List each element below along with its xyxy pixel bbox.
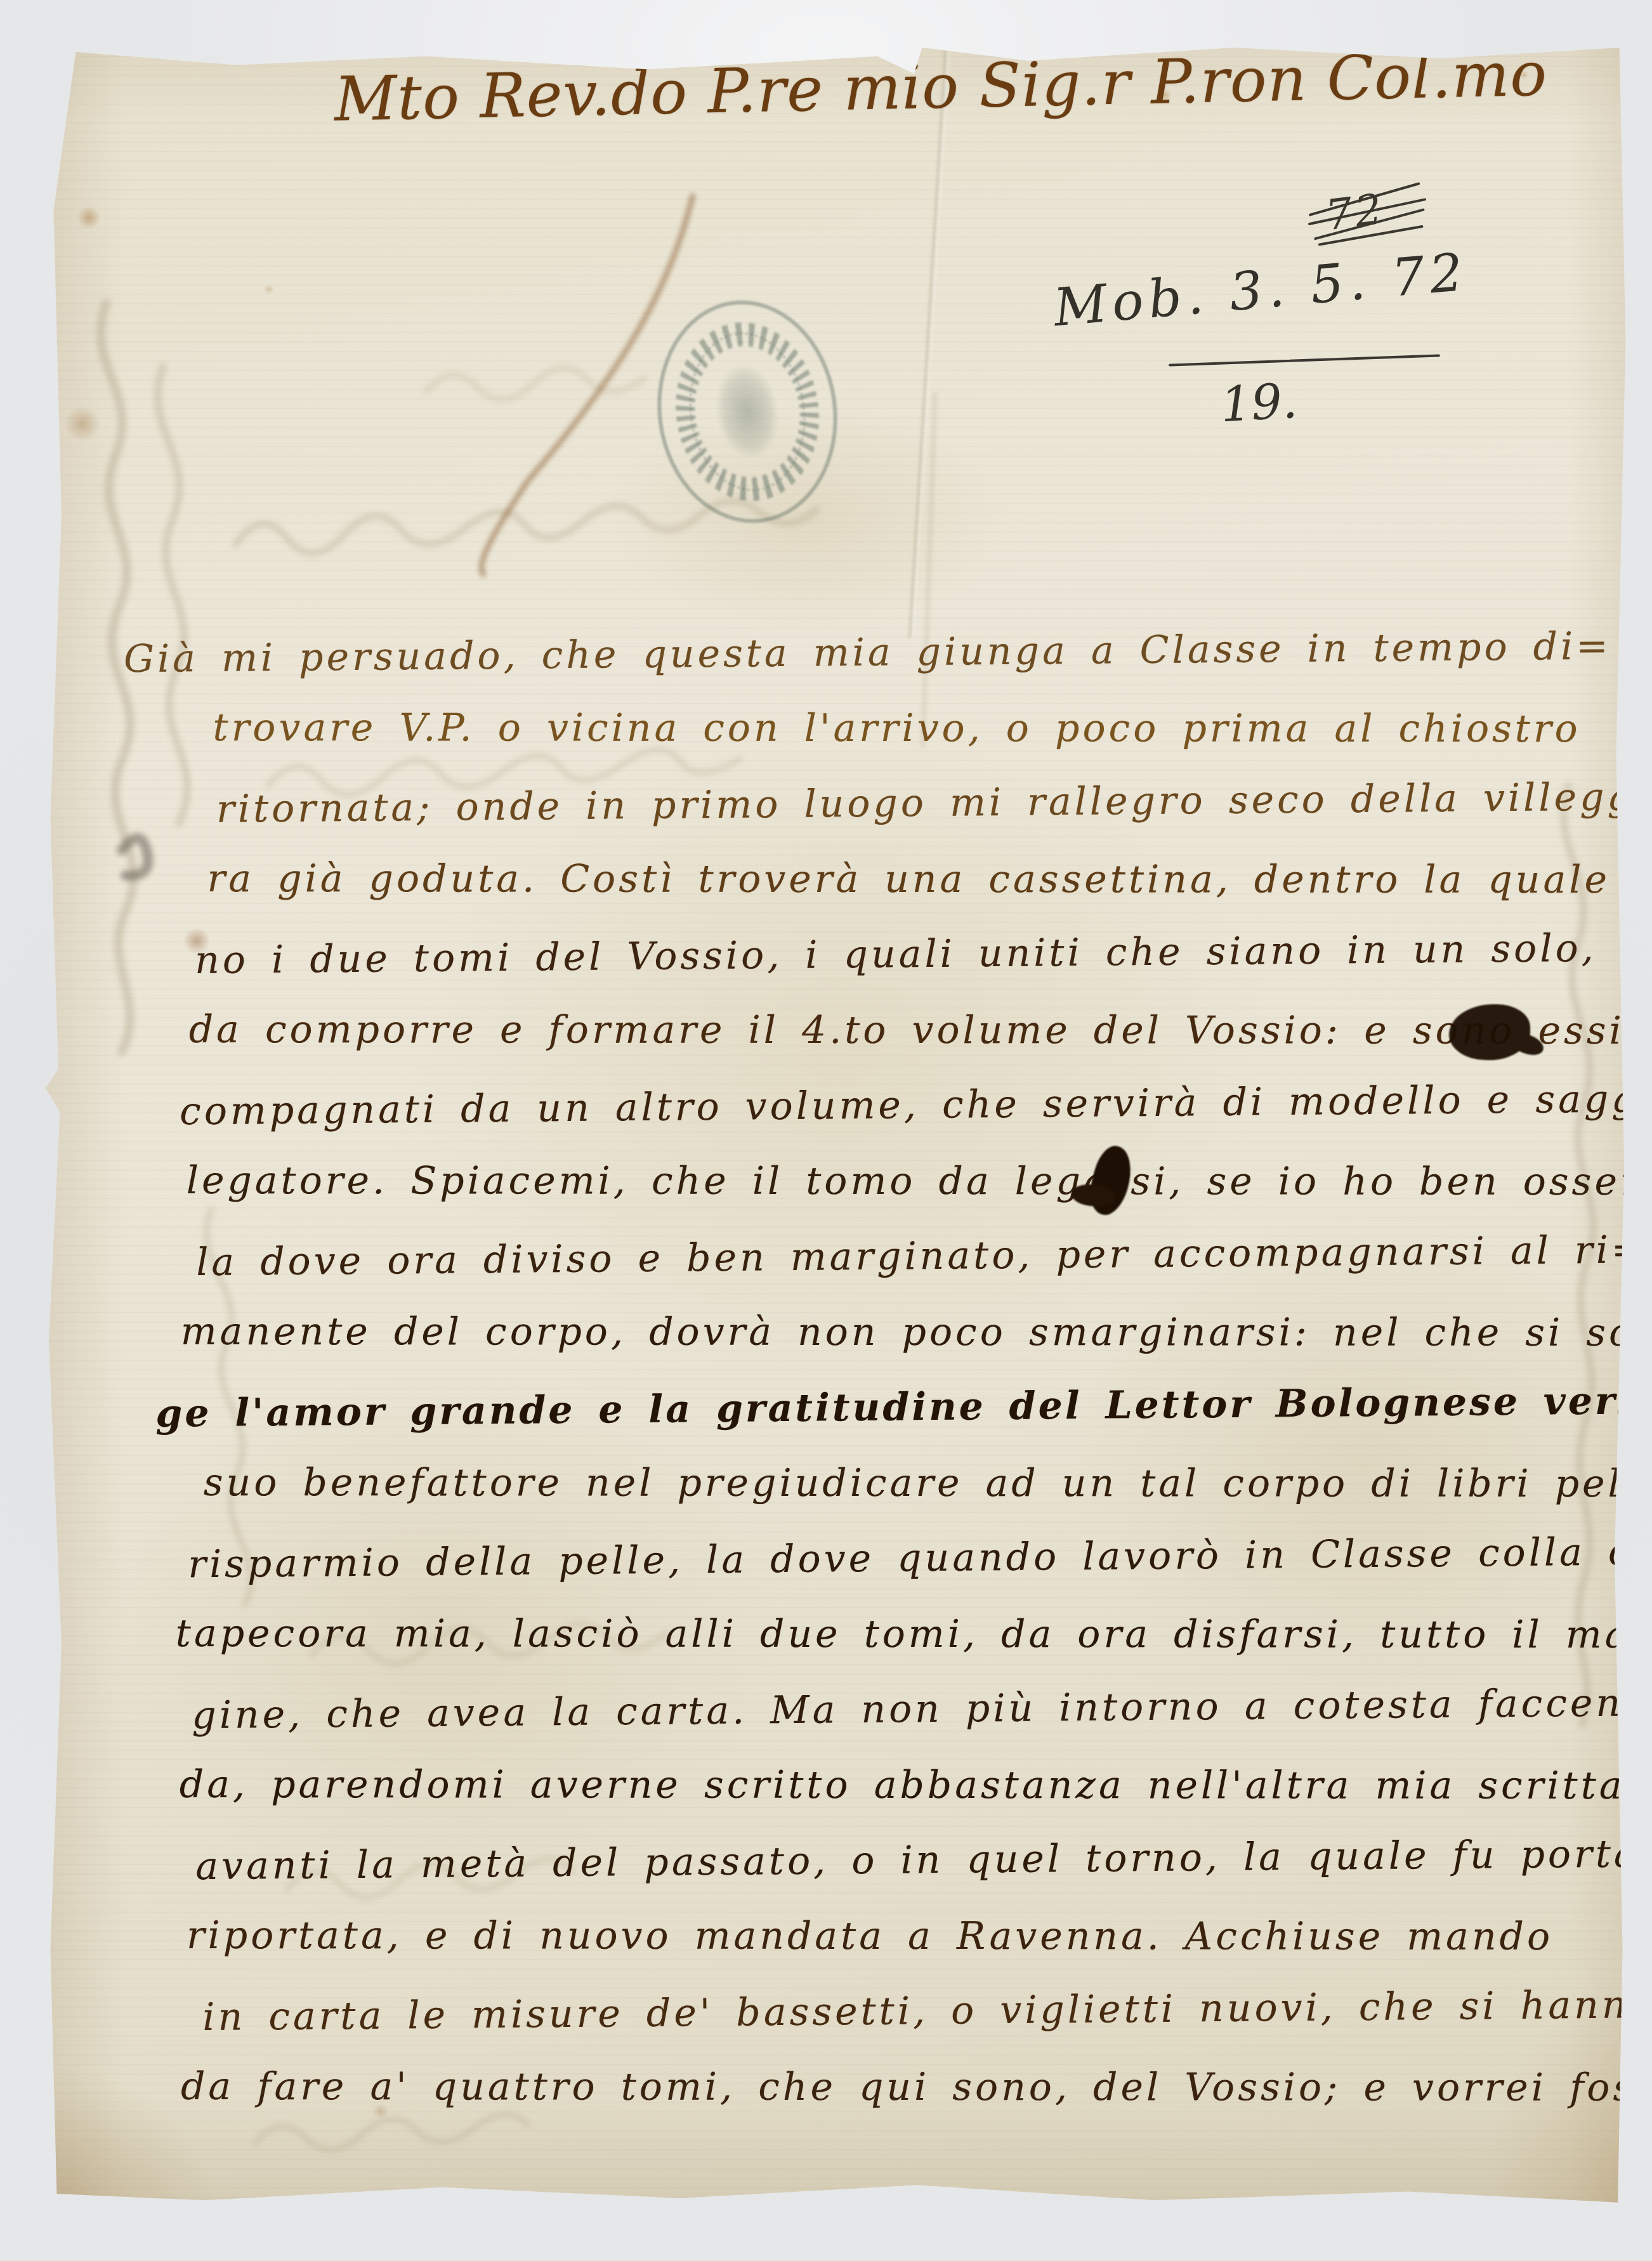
- letter-paper-sheet: Mto Rev.do P.re mio Sig.r P.ron Col.mo 7…: [46, 37, 1630, 2209]
- crossed-out-shelfmark-number: 72: [1323, 185, 1387, 240]
- letter-line: tapecora mia, lasciò alli due tomi, da o…: [122, 1599, 1600, 1676]
- letter-line: legatore. Spiacemi, che il tomo da legar…: [120, 1146, 1598, 1223]
- letter-line: suo benefattore nel pregiudicare ad un t…: [121, 1448, 1599, 1525]
- letter-line: avanti la metà del passato, o in quel to…: [122, 1820, 1601, 1908]
- letter-line: la dove ora diviso e ben marginato, per …: [120, 1216, 1599, 1304]
- letter-line: in carta le misure de' bassetti, o vigli…: [123, 1971, 1602, 2059]
- letter-line: manente del corpo, dovrà non poco smargi…: [121, 1297, 1599, 1374]
- letter-line: riportata, e di nuovo mandata a Ravenna.…: [123, 1901, 1601, 1978]
- item-number-annotation: 19.: [1219, 372, 1299, 433]
- photograph-of-manuscript-letter: { "letter": { "salutation": "Mto Rev.do …: [0, 0, 1652, 2261]
- letter-line: ra già goduta. Costì troverà una cassett…: [119, 844, 1597, 921]
- letter-line: da comporre e formare il 4.to volume del…: [119, 995, 1597, 1072]
- letter-line: trovare V.P. o vicina con l'arrivo, o po…: [118, 693, 1596, 770]
- letter-line: compagnati da un altro volume, che servi…: [119, 1065, 1598, 1153]
- letter-body: Già mi persuado, che questa mia giunga a…: [117, 615, 1602, 2132]
- letter-line: ritornata; onde in primo luogo mi ralleg…: [118, 763, 1597, 851]
- letter-line: da, parendomi averne scritto abbastanza …: [122, 1750, 1601, 1827]
- letter-line: ge l'amor grande e la gratitudine del Le…: [121, 1367, 1599, 1455]
- letter-line: risparmio della pelle, la dove quando la…: [121, 1518, 1600, 1606]
- letter-line: gine, che avea la carta. Ma non più into…: [122, 1669, 1601, 1757]
- letter-line: da fare a' quattro tomi, che qui sono, d…: [124, 2052, 1602, 2129]
- letter-line: Già mi persuado, che questa mia giunga a…: [117, 612, 1596, 700]
- letter-line: no i due tomi del Vossio, i quali uniti …: [119, 914, 1597, 1002]
